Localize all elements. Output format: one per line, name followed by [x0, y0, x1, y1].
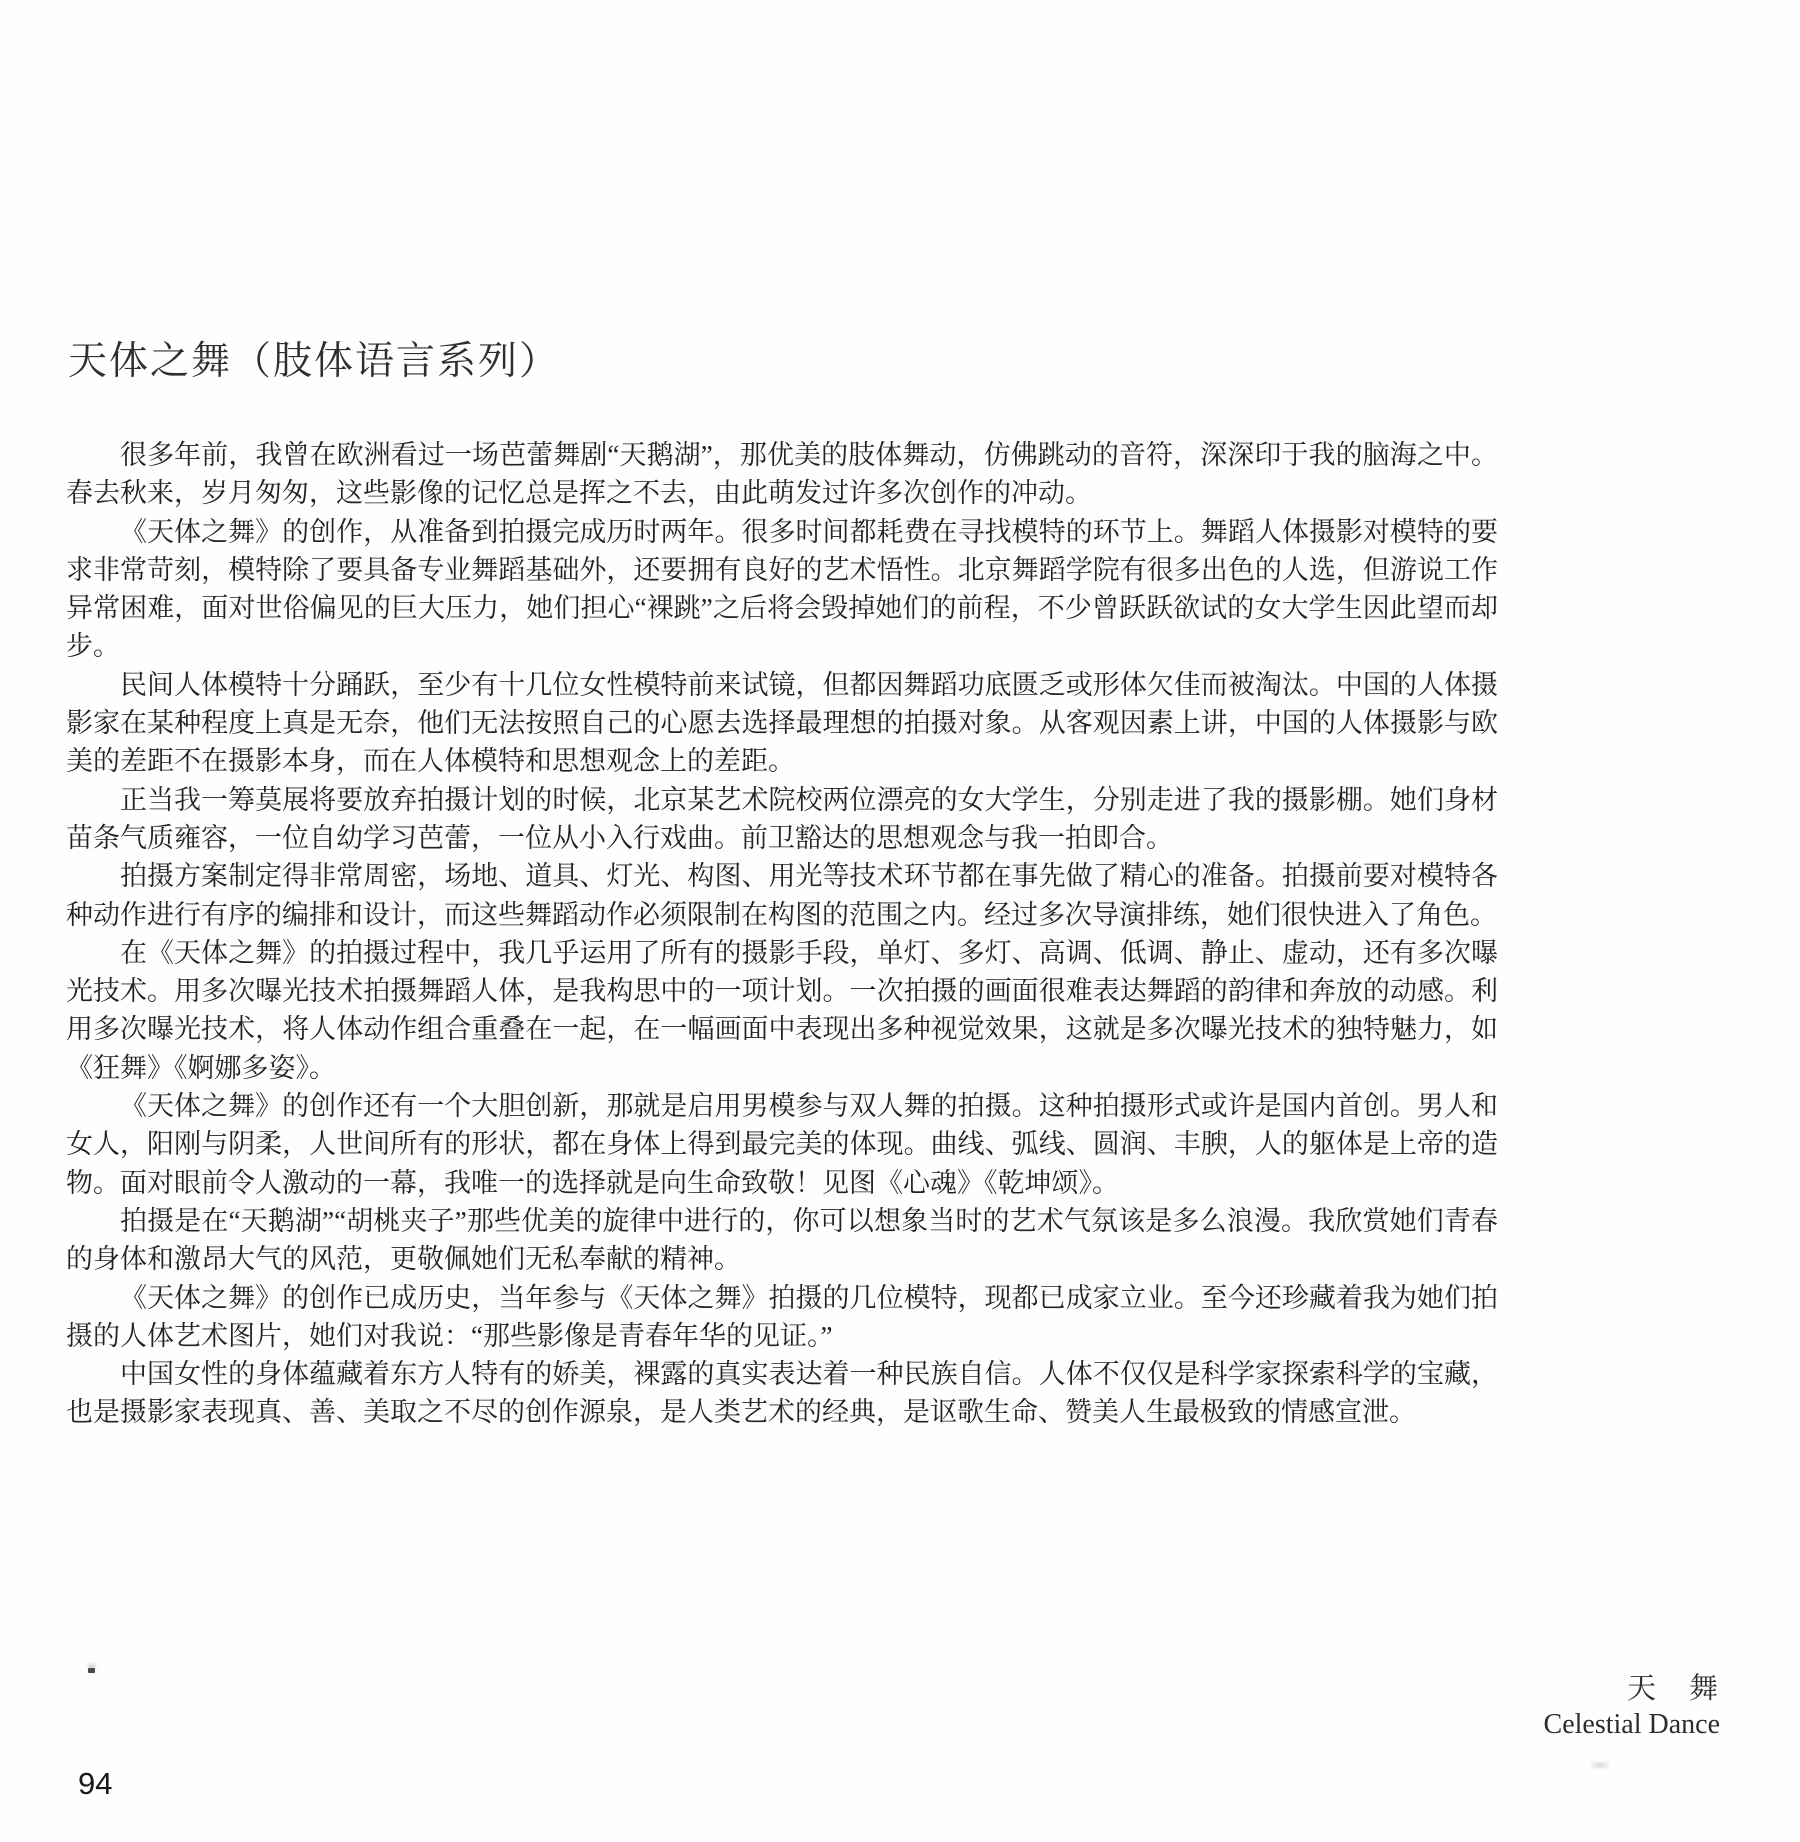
paragraph: 民间人体模特十分踊跃，至少有十几位女性模特前来试镜，但都因舞蹈功底匮乏或形体欠佳… [66, 666, 1498, 781]
paragraph: 拍摄是在“天鹅湖”“胡桃夹子”那些优美的旋律中进行的，你可以想象当时的艺术气氛该… [66, 1202, 1498, 1279]
page-number: 94 [78, 1766, 112, 1802]
paragraph: 《天体之舞》的创作已成历史，当年参与《天体之舞》拍摄的几位模特，现都已成家立业。… [66, 1279, 1498, 1356]
series-title-chinese: 天 舞 [1544, 1666, 1720, 1707]
scan-artifact-dot [88, 1668, 95, 1673]
paragraph: 正当我一筹莫展将要放弃拍摄计划的时候，北京某艺术院校两位漂亮的女大学生，分别走进… [66, 781, 1498, 858]
article-body: 很多年前，我曾在欧洲看过一场芭蕾舞剧“天鹅湖”，那优美的肢体舞动，仿佛跳动的音符… [66, 436, 1498, 1432]
paragraph: 拍摄方案制定得非常周密，场地、道具、灯光、构图、用光等技术环节都在事先做了精心的… [66, 857, 1498, 934]
book-page: 天体之舞（肢体语言系列） 很多年前，我曾在欧洲看过一场芭蕾舞剧“天鹅湖”，那优美… [0, 0, 1800, 1842]
paragraph: 在《天体之舞》的拍摄过程中，我几乎运用了所有的摄影手段，单灯、多灯、高调、低调、… [66, 934, 1498, 1087]
series-footer: 天 舞 Celestial Dance [1544, 1666, 1720, 1741]
paragraph: 《天体之舞》的创作还有一个大胆创新，那就是启用男模参与双人舞的拍摄。这种拍摄形式… [66, 1087, 1498, 1202]
paragraph: 很多年前，我曾在欧洲看过一场芭蕾舞剧“天鹅湖”，那优美的肢体舞动，仿佛跳动的音符… [66, 436, 1498, 513]
scan-artifact-smudge [1588, 1760, 1612, 1770]
paragraph: 中国女性的身体蕴藏着东方人特有的娇美，裸露的真实表达着一种民族自信。人体不仅仅是… [66, 1355, 1498, 1432]
page-title: 天体之舞（肢体语言系列） [68, 330, 560, 386]
series-title-english: Celestial Dance [1544, 1709, 1720, 1741]
paragraph: 《天体之舞》的创作，从准备到拍摄完成历时两年。很多时间都耗费在寻找模特的环节上。… [66, 513, 1498, 666]
